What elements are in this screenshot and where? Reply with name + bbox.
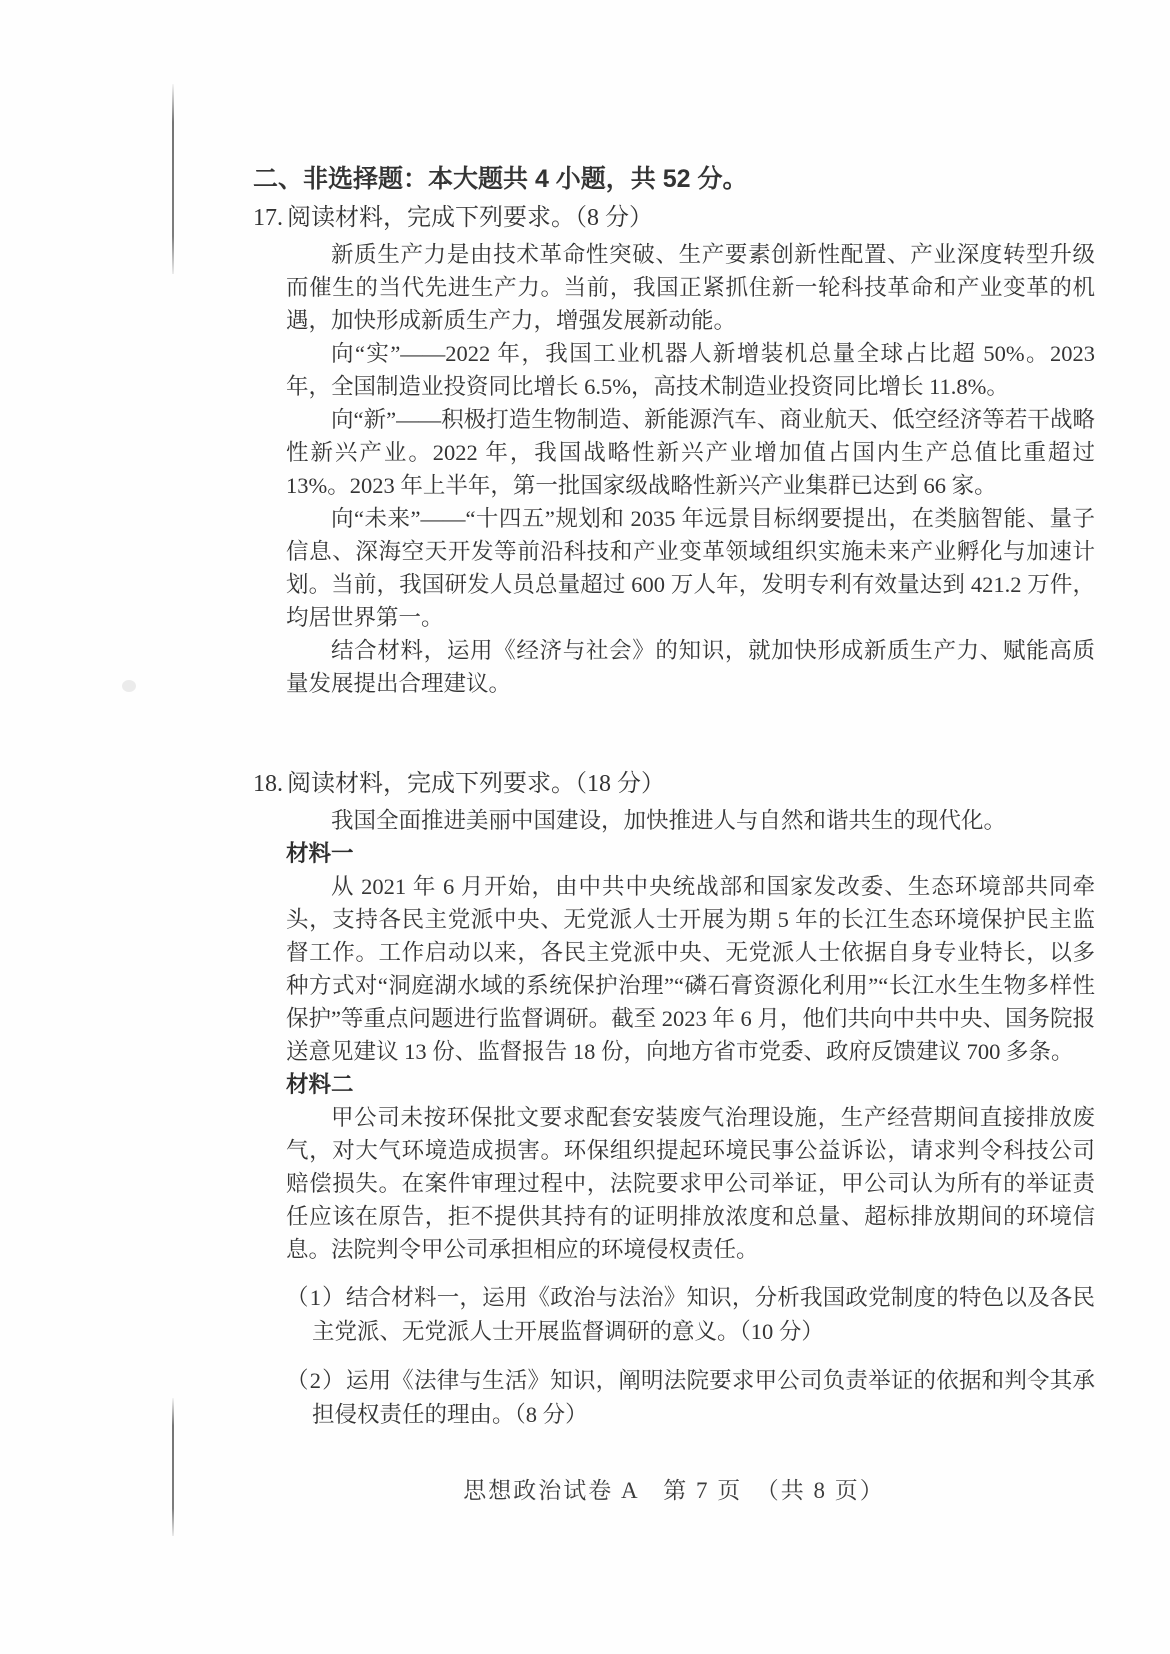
material-1-label: 材料一	[286, 837, 1095, 870]
question-18-body: 我国全面推进美丽中国建设，加快推进人与自然和谐共生的现代化。 材料一 从 202…	[286, 804, 1095, 1266]
question-18-heading-text: 阅读材料，完成下列要求。（18 分）	[287, 771, 665, 797]
section-header: 二、非选择题：本大题共 4 小题，共 52 分。	[253, 160, 1095, 198]
question-18-number: 18.	[253, 764, 287, 804]
scan-artifact-line-bottom	[172, 1398, 174, 1536]
question-18: 18.阅读材料，完成下列要求。（18 分） 我国全面推进美丽中国建设，加快推进人…	[253, 764, 1095, 1432]
sub-question-1-text: 结合材料一，运用《政治与法治》知识，分析我国政党制度的特色以及各民主党派、无党派…	[312, 1285, 1095, 1344]
material-2-text: 甲公司未按环保批文要求配套安装废气治理设施，生产经营期间直接排放废气，对大气环境…	[286, 1101, 1095, 1266]
scan-artifact-line-top	[172, 84, 174, 274]
question-17-heading-text: 阅读材料，完成下列要求。（8 分）	[287, 205, 653, 231]
q18-intro: 我国全面推进美丽中国建设，加快推进人与自然和谐共生的现代化。	[286, 804, 1095, 837]
material-2-label: 材料二	[286, 1068, 1095, 1101]
sub-question-1-label: （1）	[286, 1285, 346, 1310]
question-17-body: 新质生产力是由技术革命性突破、生产要素创新性配置、产业深度转型升级而催生的当代先…	[286, 238, 1095, 700]
page-content: 二、非选择题：本大题共 4 小题，共 52 分。 17.阅读材料，完成下列要求。…	[253, 160, 1095, 1432]
page-footer: 思想政治试卷 A 第 7 页 （共 8 页）	[253, 1472, 1095, 1505]
q17-paragraph: 向“实”——2022 年，我国工业机器人新增装机总量全球占比超 50%。2023…	[286, 337, 1095, 403]
sub-question-2-text: 运用《法律与生活》知识，阐明法院要求甲公司负责举证的依据和判令其承担侵权责任的理…	[312, 1368, 1095, 1427]
sub-question-2: （2）运用《法律与生活》知识，阐明法院要求甲公司负责举证的依据和判令其承担侵权责…	[286, 1364, 1095, 1432]
question-17-heading: 17.阅读材料，完成下列要求。（8 分）	[253, 198, 1095, 238]
sub-question-2-label: （2）	[286, 1368, 346, 1393]
material-1-text: 从 2021 年 6 月开始，由中共中央统战部和国家发改委、生态环境部共同牵头，…	[286, 870, 1095, 1068]
q17-paragraph: 向“未来”——“十四五”规划和 2035 年远景目标纲要提出，在类脑智能、量子信…	[286, 502, 1095, 634]
scan-artifact-smudge	[122, 680, 136, 692]
q17-paragraph: 结合材料，运用《经济与社会》的知识，就加快形成新质生产力、赋能高质量发展提出合理…	[286, 634, 1095, 700]
q17-paragraph: 新质生产力是由技术革命性突破、生产要素创新性配置、产业深度转型升级而催生的当代先…	[286, 238, 1095, 337]
exam-page: 二、非选择题：本大题共 4 小题，共 52 分。 17.阅读材料，完成下列要求。…	[0, 0, 1170, 1654]
question-17: 17.阅读材料，完成下列要求。（8 分） 新质生产力是由技术革命性突破、生产要素…	[253, 198, 1095, 700]
q17-paragraph: 向“新”——积极打造生物制造、新能源汽车、商业航天、低空经济等若干战略性新兴产业…	[286, 403, 1095, 502]
question-18-heading: 18.阅读材料，完成下列要求。（18 分）	[253, 764, 1095, 804]
question-17-number: 17.	[253, 198, 287, 238]
sub-question-1: （1）结合材料一，运用《政治与法治》知识，分析我国政党制度的特色以及各民主党派、…	[286, 1281, 1095, 1349]
